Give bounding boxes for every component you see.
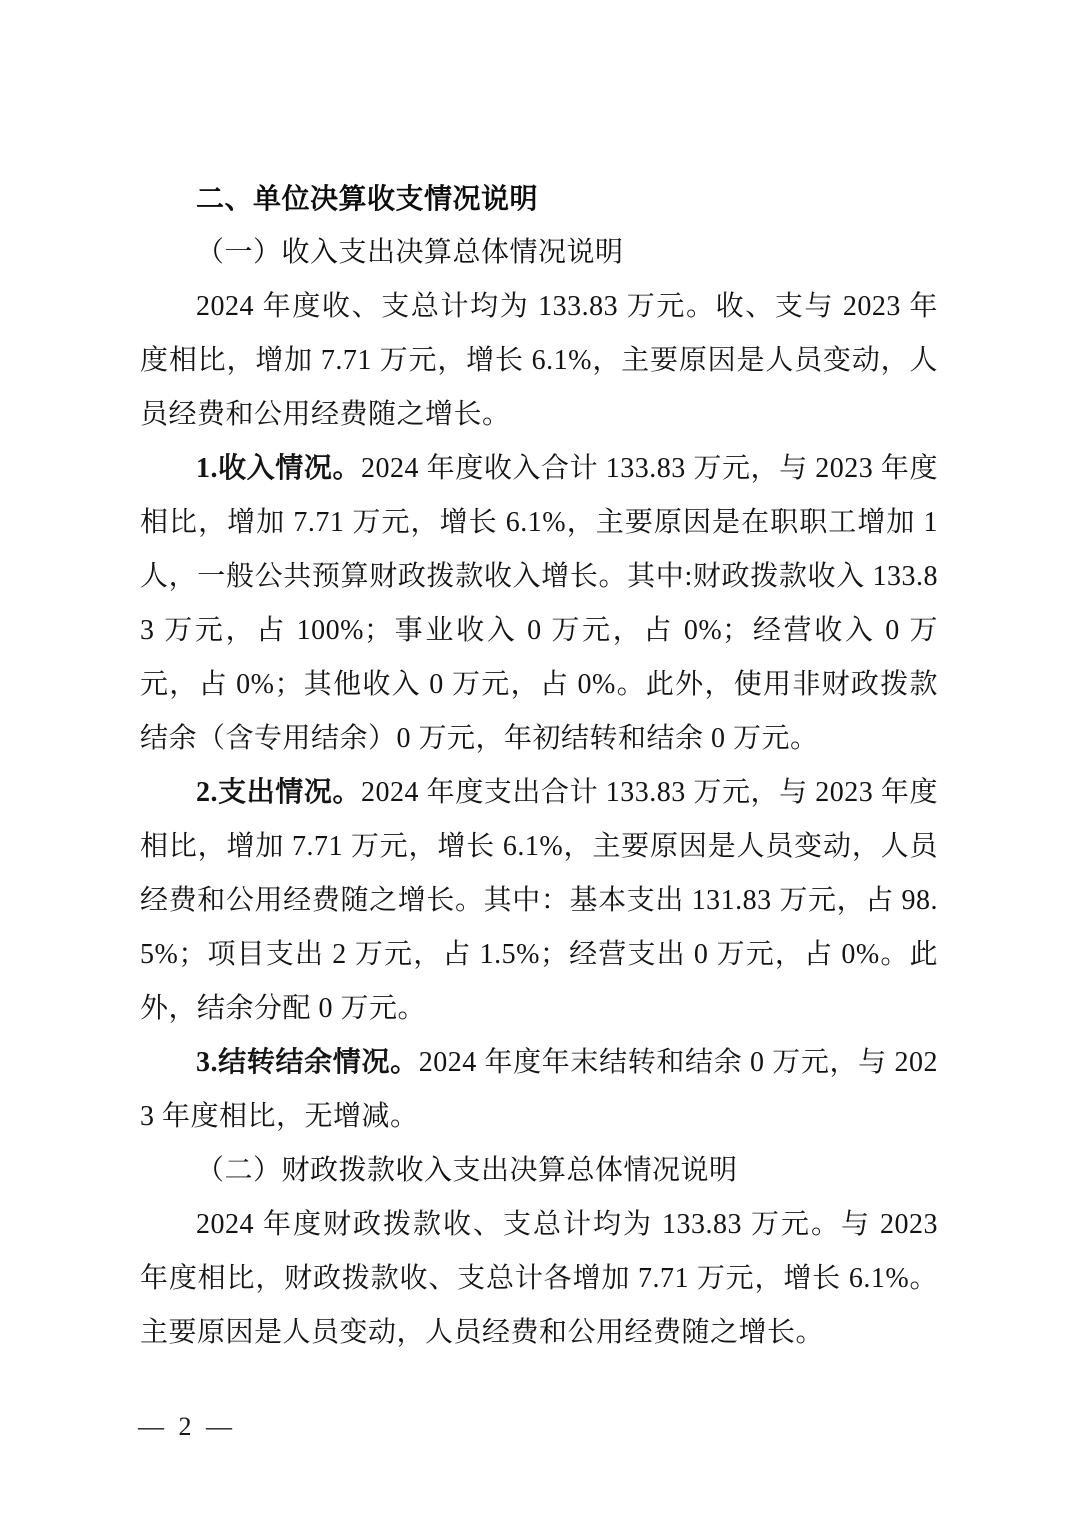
subsection-heading-fiscal-appropriation: （二）财政拨款收入支出决算总体情况说明 [140, 1144, 938, 1198]
document-body: 二、单位决算收支情况说明 （一）收入支出决算总体情况说明 2024 年度收、支总… [140, 172, 938, 1360]
paragraph-carryover-lead: 3.结转结余情况。 [196, 1047, 419, 1078]
page-number: — 2 — [138, 1400, 236, 1454]
paragraph-fiscal: 2024 年度财政拨款收、支总计均为 133.83 万元。与 2023 年度相比… [140, 1198, 938, 1360]
document-page: 二、单位决算收支情况说明 （一）收入支出决算总体情况说明 2024 年度收、支总… [0, 0, 1075, 1520]
paragraph-income-text: 2024 年度收入合计 133.83 万元，与 2023 年度相比，增加 7.7… [140, 453, 938, 754]
section-heading-main: 二、单位决算收支情况说明 [140, 172, 938, 226]
subsection-heading-income-expense-overview: （一）收入支出决算总体情况说明 [140, 226, 938, 280]
paragraph-expense-lead: 2.支出情况。 [196, 777, 361, 808]
paragraph-carryover: 3.结转结余情况。2024 年度年末结转和结余 0 万元，与 2023 年度相比… [140, 1036, 938, 1144]
paragraph-expense: 2.支出情况。2024 年度支出合计 133.83 万元，与 2023 年度相比… [140, 766, 938, 1036]
paragraph-income: 1.收入情况。2024 年度收入合计 133.83 万元，与 2023 年度相比… [140, 442, 938, 766]
paragraph-income-lead: 1.收入情况。 [196, 453, 361, 484]
paragraph-expense-text: 2024 年度支出合计 133.83 万元，与 2023 年度相比，增加 7.7… [140, 777, 938, 1024]
paragraph-overview: 2024 年度收、支总计均为 133.83 万元。收、支与 2023 年度相比，… [140, 280, 938, 442]
